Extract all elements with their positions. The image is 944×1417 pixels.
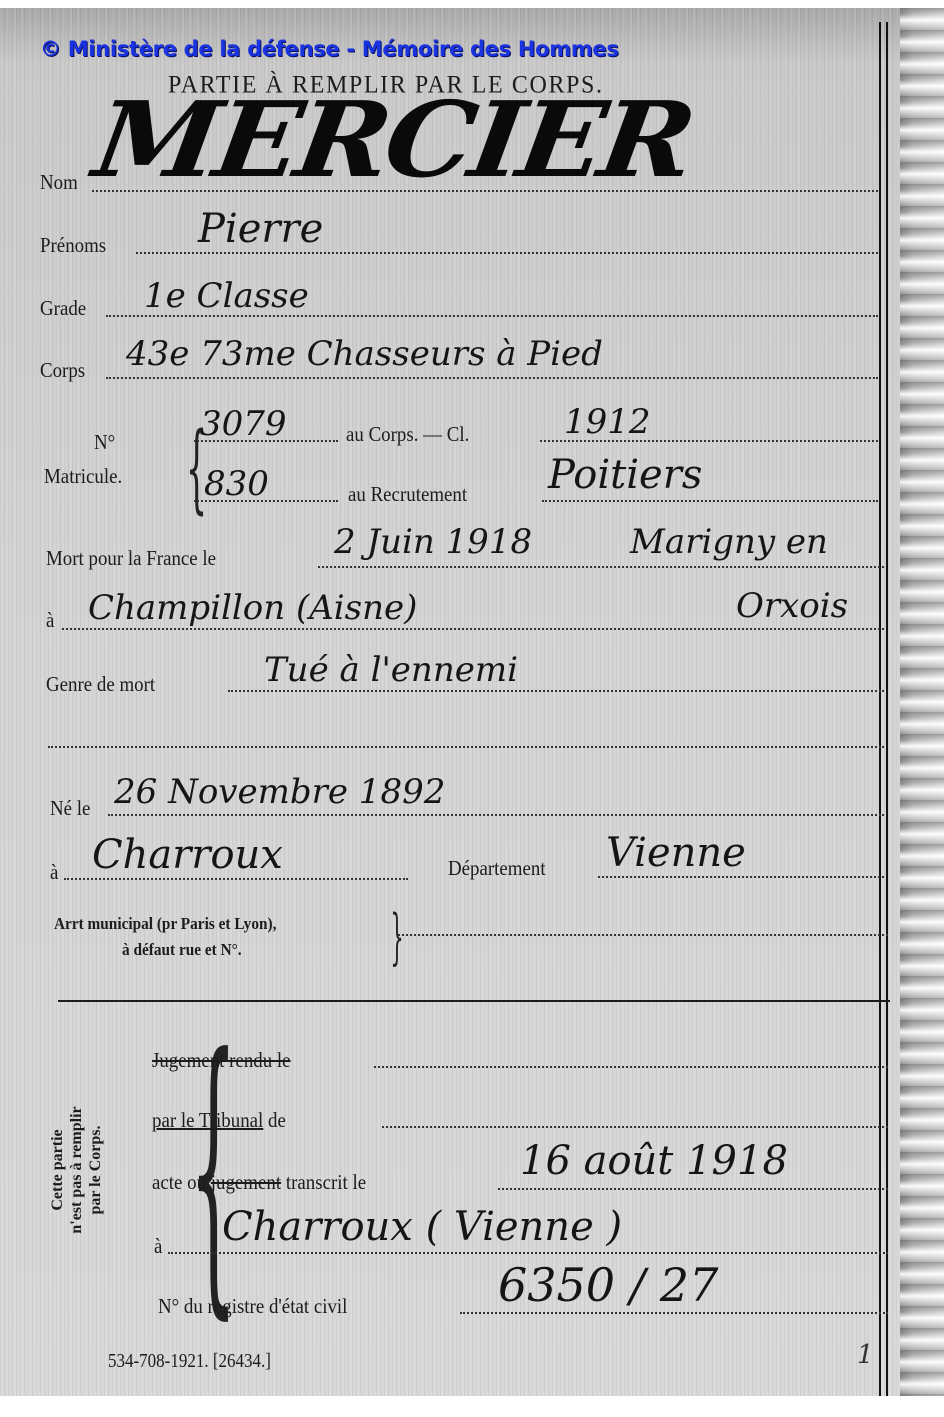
tribunal-label: par le Tribunal de [152,1108,286,1133]
grade-label: Grade [40,296,86,321]
transcrit-place: Charroux ( Vienne ) [222,1204,622,1250]
departement-label: Département [448,856,546,881]
arrondissement-label-line1: Arrt municipal (pr Paris et Lyon), [54,914,276,934]
arrondissement-label-line2: à défaut rue et N°. [122,940,242,960]
registre-label: N° du registre d'état civil [158,1294,347,1319]
transcrit-label: acte ou jugement transcrit le [152,1170,366,1195]
jugement-rendu-line [374,1066,888,1068]
corps-value: 43e 73me Chasseurs à Pied [126,334,603,374]
registre-value: 6350 / 27 [498,1258,718,1312]
au-corps-label: au Corps. — Cl. [346,422,469,447]
recrutement-field-line [542,500,878,502]
transcrit-place-line [168,1252,888,1254]
au-recrutement-label: au Recrutement [348,482,467,507]
mort-place-line1: Marigny en [630,522,828,562]
mort-field-line [318,566,884,568]
section-divider [58,1000,890,1002]
matricule-corps-number: 3079 [200,404,287,444]
tribunal-de-text: de [268,1108,286,1132]
ne-le-label: Né le [50,796,90,821]
mort-a-label: à [46,608,54,633]
prenoms-field-line [136,252,878,254]
naissance-place: Charroux [92,832,283,878]
transcrit-date: 16 août 1918 [520,1138,788,1184]
transcrit-le-text: transcrit le [286,1170,366,1194]
matricule-recrutement-number: 830 [204,464,269,504]
side-note-line1: Cette partie [48,1040,67,1300]
departement-value: Vienne [606,830,746,876]
torn-paper-edge [900,8,944,1396]
transcrit-date-line [498,1188,888,1190]
mort-date: 2 Juin 1918 [334,522,532,562]
copyright-watermark: © Ministère de la défense - Mémoire des … [40,37,619,61]
grade-value: 1e Classe [144,276,309,316]
naissance-a-label: à [50,860,58,885]
side-note-line2: n'est pas à remplir [67,1040,86,1300]
page-mark: 1 [857,1340,874,1370]
corps-field-line [106,377,878,379]
registre-field-line [460,1312,888,1314]
jugement-rendu-text: Jugement rendu le [152,1048,291,1072]
arrondissement-field-line [398,934,888,936]
side-note-line3: par le Corps. [86,1040,105,1300]
matricule-label: Matricule. [44,464,122,489]
jugement-rendu-label: Jugement rendu le [152,1048,291,1073]
nom-value: MERCIER [87,78,700,201]
side-note: Cette partie n'est pas à remplir par le … [48,1040,105,1300]
prenoms-value: Pierre [198,206,323,252]
naissance-date: 26 Novembre 1892 [114,772,445,812]
blank-field-line [48,746,884,748]
tribunal-field-line [382,1126,888,1128]
departement-field-line [598,876,884,878]
mort-place-line [62,628,884,630]
genre-de-mort-value: Tué à l'ennemi [264,650,518,690]
arrondissement-brace: { [390,902,403,972]
classe-value: 1912 [564,402,651,442]
print-code: 534-708-1921. [26434.] [108,1350,271,1373]
genre-de-mort-line [228,690,884,692]
jugement-struck-text: jugement [211,1170,281,1194]
tribunal-text-struck: par le Tribunal [152,1108,263,1132]
nom-label: Nom [40,170,78,195]
transcrit-a-label: à [154,1234,162,1259]
corps-label: Corps [40,358,85,383]
recrutement-place: Poitiers [548,452,702,498]
acte-ou-text: acte ou [152,1170,206,1194]
genre-de-mort-label: Genre de mort [46,672,155,697]
prenoms-label: Prénoms [40,233,106,258]
ne-le-field-line [108,814,884,816]
naissance-place-line [64,878,408,880]
mort-place-line2-suffix: Orxois [736,586,848,626]
mort-place-line2: Champillon (Aisne) [88,588,417,628]
mort-label: Mort pour la France le [46,546,216,571]
matricule-no-label: N° [94,430,115,455]
